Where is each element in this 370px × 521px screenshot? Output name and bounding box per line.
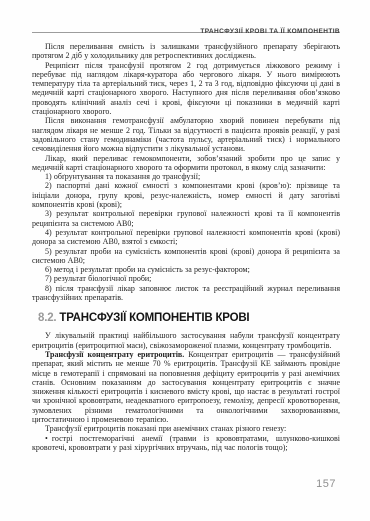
numbered-item-6: 6) метод і результат проби на сумісність… (32, 265, 340, 274)
paragraph-protocol-intro: Лікар, який переливає гемокомпоненти, зо… (32, 154, 340, 173)
paragraph-lead-text: Концентрат еритроцитів — трансфузійний п… (32, 350, 340, 424)
paragraph-erythrocyte-concentrate: Трансфузії концентрату еритроцитів. Конц… (32, 350, 340, 424)
book-page: ТРАНСФУЗІЇ КРОВІ ТА ЇЇ КОМПОНЕНТІВ Після… (0, 0, 370, 521)
running-head: ТРАНСФУЗІЇ КРОВІ ТА ЇЇ КОМПОНЕНТІВ (200, 28, 340, 35)
numbered-item-5: 5) результат проби на сумісність компоне… (32, 247, 340, 266)
paragraph-outpatient: Після виконання гемотрансфузії амбулатор… (32, 116, 340, 153)
page-number: 157 (316, 478, 336, 490)
numbered-item-1: 1) обґрунтування та показання до трансфу… (32, 172, 340, 181)
bullet-marker: • (45, 434, 48, 443)
paragraph-storage: Після переливання ємність із залишками т… (32, 42, 340, 61)
paragraph-indications-intro: Трансфузії еритроцитів показані при анем… (32, 424, 340, 433)
bullet-text: гострі постгеморагічні анемії (травми із… (32, 434, 340, 452)
page-header: ТРАНСФУЗІЇ КРОВІ ТА ЇЇ КОМПОНЕНТІВ (32, 20, 340, 29)
section-heading: 8.2.ТРАНСФУЗІЇ КОМПОНЕНТІВ КРОВІ (38, 312, 340, 324)
paragraph-recipient: Реципієнт після трансфузії протягом 2 го… (32, 61, 340, 117)
paragraph-components-usage: У лікувальній практиці найбільшого засто… (32, 331, 340, 350)
bullet-item-anemia: •гострі постгеморагічні анемії (травми і… (32, 434, 340, 453)
section-number: 8.2. (38, 312, 56, 324)
numbered-item-2: 2) паспортні дані кожної ємності з компо… (32, 181, 340, 209)
page-body: Після переливання ємність із залишками т… (32, 42, 340, 452)
numbered-item-8: 8) після трансфузії лікар заповнює листо… (32, 284, 340, 303)
numbered-item-3: 3) результат контрольної перевірки групо… (32, 209, 340, 228)
numbered-item-4: 4) результат контрольної перевірки групо… (32, 228, 340, 247)
numbered-item-7: 7) результат біологічної проби; (32, 274, 340, 283)
section-title: ТРАНСФУЗІЇ КОМПОНЕНТІВ КРОВІ (59, 312, 249, 324)
paragraph-lead-bold: Трансфузії концентрату еритроцитів. (45, 350, 184, 359)
